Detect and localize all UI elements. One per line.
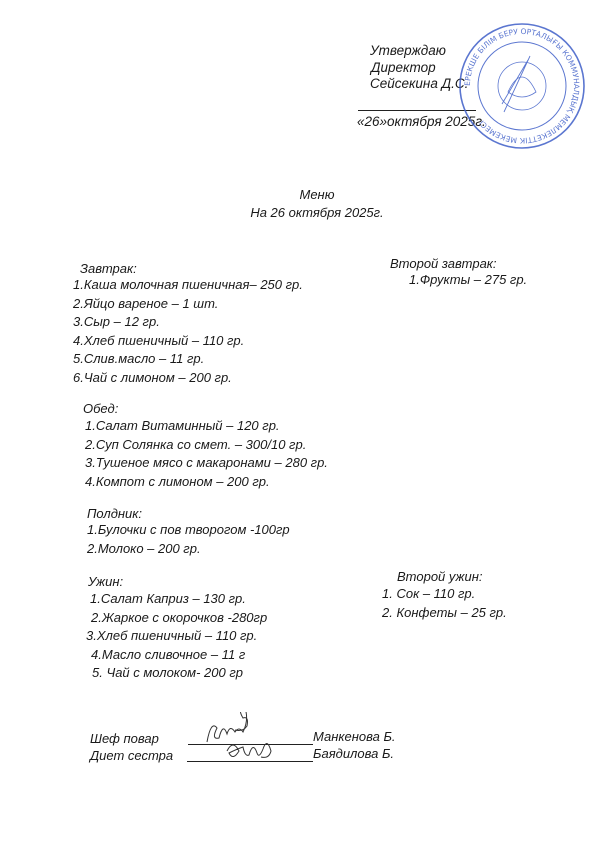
breakfast-list: 1.Каша молочная пшеничная– 250 гр. 2.Яйц… — [73, 276, 303, 388]
list-item: 4.Масло сливочное – 11 г — [91, 646, 267, 665]
dinner-heading: Ужин: — [88, 573, 123, 592]
list-item: 3.Хлеб пшеничный – 110 гр. — [86, 627, 267, 646]
lunch-list: 1.Салат Витаминный – 120 гр. 2.Суп Солян… — [85, 417, 328, 491]
list-item: 2.Молоко – 200 гр. — [87, 540, 290, 559]
list-item: 1.Каша молочная пшеничная– 250 гр. — [73, 276, 303, 295]
list-item: 2. Конфеты – 25 гр. — [382, 604, 507, 623]
nurse-label: Диет сестра — [90, 748, 173, 763]
list-item: 6.Чай с лимоном – 200 гр. — [73, 369, 303, 388]
approval-director-name: Сейсекина Д.С. — [370, 76, 468, 93]
list-item: 1.Булочки с пов творогом -100гр — [87, 521, 290, 540]
second-breakfast-list: 1.Фрукты – 275 гр. — [409, 271, 527, 290]
snack-list: 1.Булочки с пов творогом -100гр 2.Молоко… — [87, 521, 290, 558]
official-stamp-icon: ЕРЕКШЕ БІЛІМ БЕРУ ОРТАЛЫҒЫ КОММУНАЛДЫҚ М… — [458, 22, 586, 150]
list-item: 5.Слив.масло – 11 гр. — [73, 350, 303, 369]
second-dinner-heading: Второй ужин: — [397, 568, 482, 587]
list-item: 4.Компот с лимоном – 200 гр. — [85, 473, 328, 492]
nurse-name: Баядилова Б. — [313, 746, 394, 761]
list-item: 1.Салат Каприз – 130 гр. — [90, 590, 267, 609]
list-item: 2.Суп Солянка со смет. – 300/10 гр. — [85, 436, 328, 455]
approval-title: Утверждаю — [370, 43, 468, 60]
nurse-signature-icon — [225, 735, 280, 763]
chef-label: Шеф повар — [90, 731, 159, 746]
list-item: 1. Сок – 110 гр. — [382, 585, 507, 604]
list-item: 1.Салат Витаминный – 120 гр. — [85, 417, 328, 436]
approval-block: Утверждаю Директор Сейсекина Д.С. — [370, 43, 468, 93]
list-item: 1.Фрукты – 275 гр. — [409, 271, 527, 290]
svg-text:ЕРЕКШЕ БІЛІМ БЕРУ ОРТАЛЫҒЫ КОМ: ЕРЕКШЕ БІЛІМ БЕРУ ОРТАЛЫҒЫ КОММУНАЛДЫҚ М… — [463, 27, 581, 145]
lunch-heading: Обед: — [83, 400, 118, 419]
dinner-list: 1.Салат Каприз – 130 гр. 2.Жаркое с окор… — [90, 590, 267, 683]
list-item: 2.Яйцо вареное – 1 шт. — [73, 295, 303, 314]
list-item: 3.Тушеное мясо с макаронами – 280 гр. — [85, 454, 328, 473]
menu-date: На 26 октября 2025г. — [0, 204, 600, 222]
chef-name: Манкенова Б. — [313, 729, 396, 744]
list-item: 5. Чай с молоком- 200 гр — [92, 664, 267, 683]
approval-position: Директор — [370, 60, 468, 77]
list-item: 3.Сыр – 12 гр. — [73, 313, 303, 332]
menu-title: Меню На 26 октября 2025г. — [0, 186, 600, 222]
second-dinner-list: 1. Сок – 110 гр. 2. Конфеты – 25 гр. — [382, 585, 507, 622]
list-item: 2.Жаркое с окорочков -280гр — [91, 609, 267, 628]
list-item: 4.Хлеб пшеничный – 110 гр. — [73, 332, 303, 351]
menu-heading: Меню — [0, 186, 600, 204]
stamp-text: ЕРЕКШЕ БІЛІМ БЕРУ ОРТАЛЫҒЫ КОММУНАЛДЫҚ М… — [463, 27, 581, 145]
